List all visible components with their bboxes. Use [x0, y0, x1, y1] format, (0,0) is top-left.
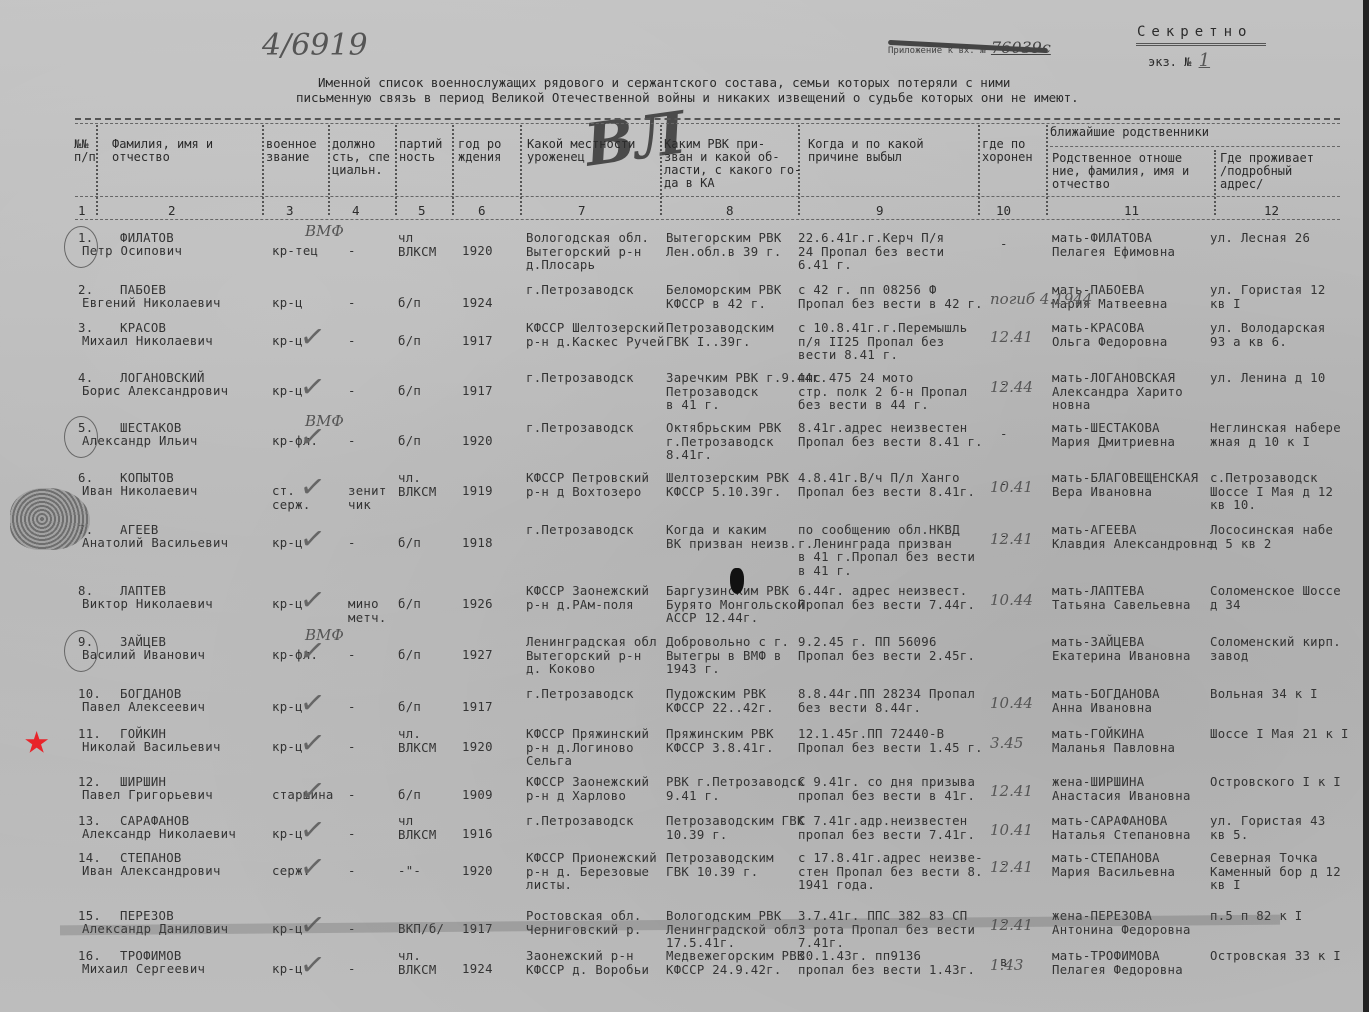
cell-reason: 30.1.43г. пп9136 пропал без вести 1.43г. — [798, 950, 975, 977]
header-col-9: Когда и по какой причине выбыл — [808, 138, 924, 164]
cell-year: 1927 — [462, 649, 493, 663]
cell-post: - — [348, 741, 356, 755]
col-divider — [660, 125, 662, 215]
cell-post: - — [348, 297, 356, 311]
header-col-7: Какой местности уроженец — [527, 138, 635, 164]
cell-origin: Заонежский р-н КФССР д. Воробьи — [526, 950, 649, 977]
cell-address: Шоссе I Мая 21 к I — [1210, 728, 1349, 742]
stamp-number: 76039с — [991, 38, 1051, 57]
handwritten-note: ВМФ — [305, 222, 344, 240]
title-line-2: письменную связь в период Великой Отечес… — [296, 90, 1079, 105]
header-col-2: Фамилия, имя и отчество — [112, 138, 213, 164]
cell-party: б/п — [398, 537, 421, 551]
cell-address: ул. Володарская 93 а кв 6. — [1210, 322, 1326, 349]
col-divider — [1214, 150, 1216, 215]
handwritten-note: 10.44 — [990, 591, 1033, 609]
cell-rvk: Вологодским РВК Ленинградской обл 17.5.4… — [666, 910, 797, 951]
handwritten-note: 12.41 — [990, 858, 1033, 876]
check-mark-icon: ✓ — [298, 848, 328, 886]
cell-origin: г.Петрозаводск — [526, 284, 634, 298]
cell-address: Соломенское Шоссе д 34 — [1210, 585, 1341, 612]
cell-relative: жена-ШИРШИНА Анастасия Ивановна — [1052, 776, 1191, 803]
handwritten-note: 12.41 — [990, 782, 1033, 800]
cell-rvk: Беломорским РВК КФССР в 42 г. — [666, 284, 782, 311]
cell-post: - — [348, 828, 356, 842]
column-number: 10 — [996, 203, 1011, 218]
cell-party: б/п — [398, 335, 421, 349]
header-col-6: год ро ждения — [458, 138, 501, 164]
ink-blot — [730, 568, 744, 594]
cell-party: -"- — [398, 865, 421, 879]
header-col-12: Где проживает /подробный адрес/ — [1220, 152, 1314, 191]
cell-address: ул. Лесная 26 — [1210, 232, 1310, 246]
table-row: 14.СТЕПАНОВИван Александровичсерж.--"-19… — [0, 852, 1369, 902]
col-divider — [395, 125, 397, 215]
table-row: 11.ГОЙКИННиколай Васильевичкр-ц-чл. ВЛКС… — [0, 728, 1369, 778]
cell-reason: с 17.8.41г.адрес неизве- стен Пропал без… — [798, 852, 983, 893]
cell-party: чл. ВЛКСМ — [398, 950, 437, 977]
cell-reason: 9.2.45 г. ПП 56096 Пропал без вести 2.45… — [798, 636, 975, 663]
cell-name: Иван Александрович — [82, 865, 221, 879]
header-col-3: военное звание — [266, 138, 317, 164]
cell-address: с.Петрозаводск Шоссе I Мая д 12 кв 10. — [1210, 472, 1333, 513]
cell-relative: мать-БЛАГОВЕЩЕНСКАЯ Вера Ивановна — [1052, 472, 1198, 499]
star-icon: ★ — [24, 719, 64, 759]
cell-party: б/п — [398, 701, 421, 715]
cell-year: 1917 — [462, 335, 493, 349]
cell-rvk: Петрозаводским ГВК 10.39 г. — [666, 852, 774, 879]
cell-relative: мать-ФИЛАТОВА Пелагея Ефимовна — [1052, 232, 1175, 259]
handwritten-note: 1.43 — [990, 956, 1023, 974]
check-mark-icon: ✓ — [298, 632, 328, 670]
inventory-stamp: Приложение к вх. № 76039с — [888, 38, 1051, 57]
cell-rvk: Пряжинским РВК КФССР 3.8.41г. — [666, 728, 774, 755]
classification-underline — [1136, 43, 1266, 46]
cell-party: б/п — [398, 435, 421, 449]
table-row: 5.ШЕСТАКОВАлександр Ильичкр-фл.-б/п1920г… — [0, 422, 1369, 472]
cell-year: 1924 — [462, 963, 493, 977]
handwritten-note: 3.45 — [990, 734, 1023, 752]
check-mark-icon: ✓ — [298, 368, 328, 406]
cell-address: ул. Гористая 12 кв I — [1210, 284, 1326, 311]
column-number: 6 — [478, 203, 486, 218]
cell-address: Островская 33 к I — [1210, 950, 1341, 964]
cell-year: 1919 — [462, 485, 493, 499]
header-bottom-rule — [75, 196, 1340, 197]
cell-post: - — [348, 435, 356, 449]
cell-name: Анатолий Васильевич — [82, 537, 228, 551]
cell-origin: КФССР Заонежский р-н д Харлово — [526, 776, 649, 803]
cell-reason: с 42 г. пп 08256 Ф Пропал без вести в 42… — [798, 284, 983, 311]
header-col-1: №№ п/п — [74, 138, 96, 164]
handwritten-note: 12.41 — [990, 530, 1033, 548]
relatives-group-rule — [1050, 146, 1340, 147]
col-divider — [452, 125, 454, 215]
cell-post: - — [348, 537, 356, 551]
header-col-11: Родственное отноше ние, фамилия, имя и о… — [1052, 152, 1189, 191]
cell-post: - — [348, 245, 356, 259]
cell-rvk: Вытегорским РВК Лен.обл.в 39 г. — [666, 232, 782, 259]
cell-post: зенит чик — [348, 485, 387, 512]
cell-reason: 8.41г.адрес неизвестен Пропал без вести … — [798, 422, 983, 449]
column-number: 12 — [1264, 203, 1279, 218]
cell-relative: мать-ТРОФИМОВА Пелагея Федоровна — [1052, 950, 1183, 977]
column-number: 3 — [286, 203, 294, 218]
check-mark-icon: ✓ — [298, 520, 328, 558]
col-divider — [328, 125, 330, 215]
cell-post: - — [348, 865, 356, 879]
cell-relative: мать-ЛОГАНОВСКАЯ Александра Харито новна — [1052, 372, 1183, 413]
column-number: 4 — [352, 203, 360, 218]
table-row: 8.ЛАПТЕВВиктор Николаевичкр-цмино метч.б… — [0, 585, 1369, 635]
cell-year: 1920 — [462, 741, 493, 755]
cell-year: 1918 — [462, 537, 493, 551]
header-col-5: партий ность — [399, 138, 442, 164]
cell-rvk: Медвежегорским РВК КФССР 24.9.42г. — [666, 950, 805, 977]
check-mark-icon: ✓ — [298, 946, 328, 984]
cell-origin: г.Петрозаводск — [526, 422, 634, 436]
circle-mark — [64, 226, 98, 268]
cell-name: Александр Николаевич — [82, 828, 236, 842]
cell-rank: кр-тец — [272, 245, 318, 259]
cell-reason: 3.7.41г. ППС 382 83 СП 3 рота Пропал без… — [798, 910, 975, 951]
cell-relative: мать-ШЕСТАКОВА Мария Дмитриевна — [1052, 422, 1175, 449]
cell-year: 1924 — [462, 297, 493, 311]
check-mark-icon: ✓ — [298, 811, 328, 849]
cell-reason: по сообщению обл.НКВД г.Ленинграда призв… — [798, 524, 975, 578]
table-row: 6.КОПЫТОВИван Николаевичст. серж.зенит ч… — [0, 472, 1369, 522]
cell-year: 1926 — [462, 598, 493, 612]
colnum-bottom-rule — [75, 219, 1340, 220]
cell-year: 1920 — [462, 245, 493, 259]
archive-number: 4/6919 — [262, 28, 368, 63]
cell-party: б/п — [398, 789, 421, 803]
cell-party: чл ВЛКСМ — [398, 815, 437, 842]
cell-address: Вольная 34 к I — [1210, 688, 1318, 702]
cell-rvk: Октябрьским РВК г.Петрозаводск 8.41г. — [666, 422, 782, 463]
handwritten-note: погиб 4.1944 — [990, 290, 1092, 308]
table-row: 9.ЗАЙЦЕВВасилий Ивановичкр-фл.-б/п1927Ле… — [0, 636, 1369, 686]
cell-reason: С 7.41г.адр.неизвестен пропал без вести … — [798, 815, 975, 842]
cell-post: мино метч. — [348, 598, 387, 625]
paper-damage — [10, 488, 90, 550]
cell-reason: 6.44г. адрес неизвест. Пропал без вести … — [798, 585, 975, 612]
cell-address: Лососинская набе д 5 кв 2 — [1210, 524, 1333, 551]
cell-rvk: Петрозаводским ГВК I..39г. — [666, 322, 774, 349]
cell-name: Василий Иванович — [82, 649, 205, 663]
cell-reason: 8.8.44г.ПП 28234 Пропал без вести 8.44г. — [798, 688, 975, 715]
cell-name: Виктор Николаевич — [82, 598, 213, 612]
column-number: 8 — [726, 203, 734, 218]
check-mark-icon: ✓ — [298, 468, 328, 506]
cell-origin: г.Петрозаводск — [526, 372, 634, 386]
cell-year: 1920 — [462, 435, 493, 449]
cell-reason: с 10.8.41г.г.Перемышль п/я II25 Пропал б… — [798, 322, 967, 363]
cell-buried: - — [1000, 238, 1008, 252]
cell-name: Павел Григорьевич — [82, 789, 213, 803]
handwritten-note: 12.44 — [990, 378, 1033, 396]
copy-number-label: экз. № 1 — [1148, 50, 1210, 71]
table-row: 4.ЛОГАНОВСКИЙБорис Александровичкр-ц-б/п… — [0, 372, 1369, 422]
cell-relative: мать-БОГДАНОВА Анна Ивановна — [1052, 688, 1160, 715]
cell-reason: 4.8.41г.В/ч П/л Ханго Пропал без вести 8… — [798, 472, 975, 499]
cell-post: - — [348, 649, 356, 663]
cell-relative: мать-АГЕЕВА Клавдия Александровна — [1052, 524, 1214, 551]
col-divider — [96, 125, 98, 215]
table-row: 1.ФИЛАТОВПетр Осиповичкр-тец-чл ВЛКСМ192… — [0, 232, 1369, 282]
cell-origin: Ленинградская обл Вытегорский р-н д. Кок… — [526, 636, 657, 677]
table-top-rule — [75, 118, 1340, 120]
cell-origin: КФССР Пряжинский р-н д.Логиново Сельга — [526, 728, 649, 769]
header-relatives-group: ближайшие родственники — [1050, 126, 1209, 139]
cell-party: чл. ВЛКСМ — [398, 728, 437, 755]
cell-origin: КФССР Шелтозерский р-н д.Каскес Ручей — [526, 322, 665, 349]
cell-rvk: Когда и каким ВК призван неизв. — [666, 524, 797, 551]
cell-name: Александр Ильич — [82, 435, 198, 449]
column-number: 2 — [168, 203, 176, 218]
cell-origin: КФССР Заонежский р-н д.РАм-поля — [526, 585, 649, 612]
col-divider — [520, 125, 522, 215]
cell-year: 1920 — [462, 865, 493, 879]
table-row: 16.ТРОФИМОВМихаил Сергеевичкр-ц-чл. ВЛКС… — [0, 950, 1369, 1000]
handwritten-note: 12.41 — [990, 328, 1033, 346]
column-number: 1 — [78, 203, 86, 218]
header-col-8: Каким РВК при- зван и какой об- ласти, с… — [664, 138, 801, 190]
cell-address: Островского I к I — [1210, 776, 1341, 790]
cell-party: б/п — [398, 598, 421, 612]
cell-address: Неглинская набере жная д 10 к I — [1210, 422, 1341, 449]
cell-rvk: РВК г.Петрозаводск 9.41 г. — [666, 776, 805, 803]
classification-label: Секретно — [1137, 24, 1252, 40]
cell-post: - — [348, 701, 356, 715]
cell-rvk: Добровольно с г. Вытегры в ВМФ в 1943 г. — [666, 636, 789, 677]
cell-party: чл ВЛКСМ — [398, 232, 437, 259]
cell-address: Соломенский кирп. завод — [1210, 636, 1341, 663]
table-row: 3.КРАСОВМихаил Николаевичкр-ц-б/п1917КФС… — [0, 322, 1369, 372]
cell-rvk: Пудожским РВК КФССР 22..42г. — [666, 688, 774, 715]
cell-rvk: Шелтозерским РВК КФССР 5.10.39г. — [666, 472, 789, 499]
cell-name: Михаил Сергеевич — [82, 963, 205, 977]
cell-name: Николай Васильевич — [82, 741, 221, 755]
col-divider — [978, 125, 980, 215]
page-title: Именной список военнослужащих рядового и… — [318, 75, 1079, 105]
copy-number: 1 — [1199, 50, 1210, 71]
cell-post: - — [348, 789, 356, 803]
cell-party: б/п — [398, 649, 421, 663]
col-divider — [262, 125, 264, 215]
header-col-10: где по хоронен — [982, 138, 1033, 164]
circle-mark — [64, 630, 98, 672]
cell-buried: - — [1000, 428, 1008, 442]
cell-name: Евгений Николаевич — [82, 297, 221, 311]
check-mark-icon: ✓ — [298, 724, 328, 762]
page-edge — [1363, 0, 1369, 1012]
col-divider — [1046, 125, 1048, 215]
check-mark-icon: ✓ — [298, 318, 328, 356]
column-number: 11 — [1124, 203, 1139, 218]
cell-party: чл. ВЛКСМ — [398, 472, 437, 499]
title-line-1: Именной список военнослужащих рядового и… — [318, 75, 1079, 90]
cell-origin: КФССР Прионежский р-н д. Березовые листы… — [526, 852, 657, 893]
cell-relative: мать-САРАФАНОВА Наталья Степановна — [1052, 815, 1191, 842]
cell-relative: мать-КРАСОВА Ольга Федоровна — [1052, 322, 1168, 349]
header-col-4: должно сть, спе циальн. — [332, 138, 390, 177]
cell-origin: КФССР Петровский р-н д Вохтозеро — [526, 472, 649, 499]
cell-rvk: Петрозаводским ГВК 10.39 г. — [666, 815, 805, 842]
column-number: 9 — [876, 203, 884, 218]
cell-address: ул. Гористая 43 кв 5. — [1210, 815, 1326, 842]
cell-year: 1917 — [462, 385, 493, 399]
cell-relative: мать-СТЕПАНОВА Мария Васильевна — [1052, 852, 1175, 879]
cell-address: ул. Ленина д 10 — [1210, 372, 1326, 386]
cell-origin: г.Петрозаводск — [526, 815, 634, 829]
cell-post: - — [348, 963, 356, 977]
check-mark-icon: ✓ — [298, 772, 328, 810]
cell-post: - — [348, 385, 356, 399]
cell-relative: мать-ГОЙКИНА Маланья Павловна — [1052, 728, 1175, 755]
cell-origin: г.Петрозаводск — [526, 524, 634, 538]
circle-mark — [64, 416, 98, 458]
cell-relative: мать-ЗАЙЦЕВА Екатерина Ивановна — [1052, 636, 1191, 663]
cell-name: Павел Алексеевич — [82, 701, 205, 715]
check-mark-icon: ✓ — [298, 418, 328, 456]
cell-relative: мать-ЛАПТЕВА Татьяна Савельевна — [1052, 585, 1191, 612]
cell-origin: г.Петрозаводск — [526, 688, 634, 702]
cell-year: 1916 — [462, 828, 493, 842]
cell-name: Иван Николаевич — [82, 485, 198, 499]
cell-reason: ппс 475 24 мото стр. полк 2 б-н Пропал б… — [798, 372, 967, 413]
cell-year: 1909 — [462, 789, 493, 803]
document-page: 4/6919 Приложение к вх. № 76039с Секретн… — [0, 0, 1369, 1012]
cell-origin: Вологодская обл. Вытегорский р-н д.Плоса… — [526, 232, 649, 273]
cell-post: - — [348, 335, 356, 349]
cell-name: Борис Александрович — [82, 385, 228, 399]
table-top-rule-2 — [75, 123, 1340, 124]
column-number: 7 — [578, 203, 586, 218]
cell-party: б/п — [398, 297, 421, 311]
cell-year: 1917 — [462, 701, 493, 715]
cell-party: б/п — [398, 385, 421, 399]
cell-name: Михаил Николаевич — [82, 335, 213, 349]
check-mark-icon: ✓ — [298, 684, 328, 722]
handwritten-note: 10.41 — [990, 821, 1033, 839]
handwritten-note: 10.41 — [990, 478, 1033, 496]
cell-reason: 12.1.45г.ПП 72440-В Пропал без вести 1.4… — [798, 728, 983, 755]
handwritten-note: 10.44 — [990, 694, 1033, 712]
cell-reason: 22.6.41г.г.Керч П/я 24 Пропал без вести … — [798, 232, 944, 273]
cell-address: Северная Точка Каменный бор д 12 кв I — [1210, 852, 1341, 893]
check-mark-icon: ✓ — [298, 581, 328, 619]
cell-rank: кр-ц — [272, 297, 303, 311]
table-row: 7.АГЕЕВАнатолий Васильевичкр-ц-б/п1918г.… — [0, 524, 1369, 574]
cell-reason: С 9.41г. со дня призыва пропал без вести… — [798, 776, 975, 803]
column-number: 5 — [418, 203, 426, 218]
